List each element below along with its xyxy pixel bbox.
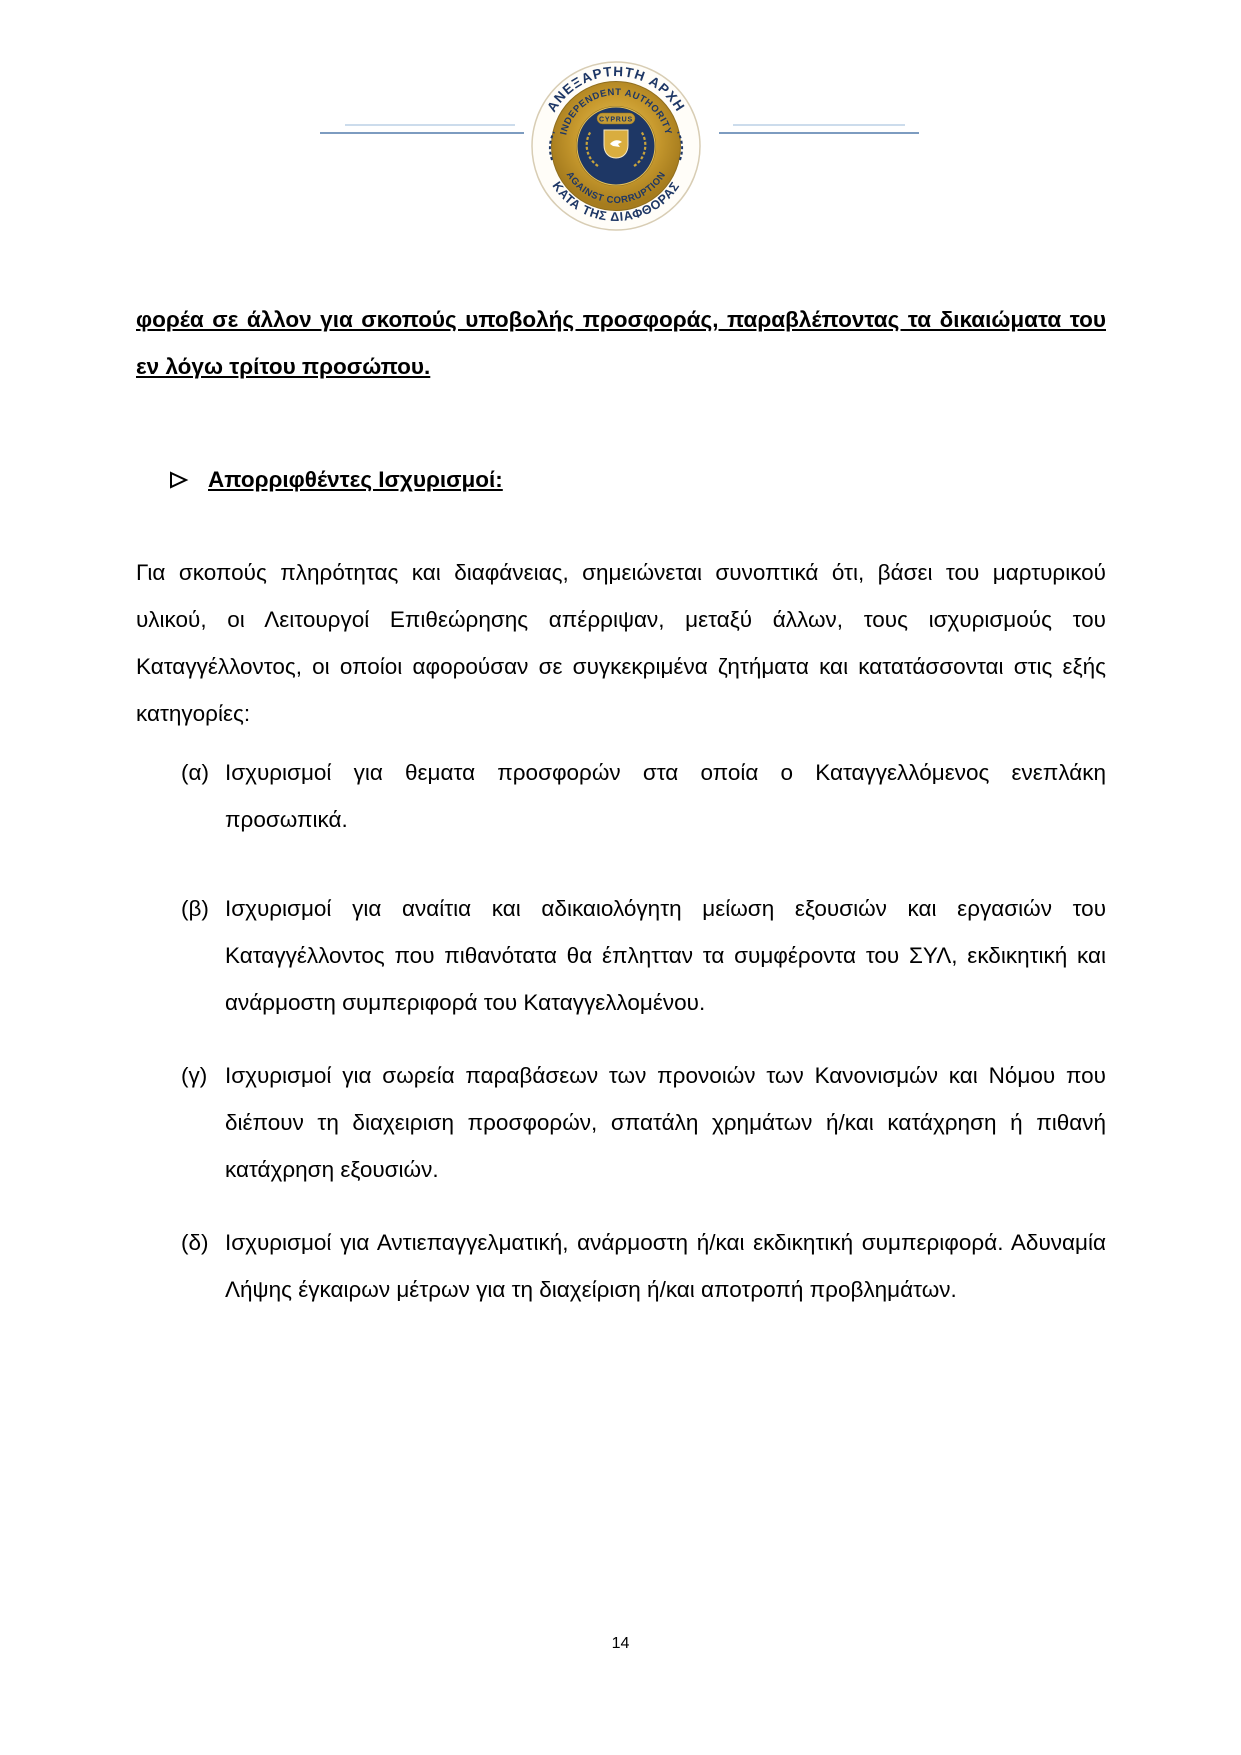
header-rule-left xyxy=(320,132,524,134)
document-content: φορέα σε άλλον για σκοπούς υποβολής προσ… xyxy=(136,296,1106,1313)
list-item-label: (α) xyxy=(181,749,225,843)
section-heading-label: Απορριφθέντες Ισχυρισμοί: xyxy=(208,456,503,503)
list-item-text: Ισχυρισμοί για θεματα προσφορών στα οποί… xyxy=(225,749,1106,843)
list-item: (δ) Ισχυρισμοί για Αντιεπαγγελματική, αν… xyxy=(136,1219,1106,1313)
section-heading: Απορριφθέντες Ισχυρισμοί: xyxy=(168,456,1106,503)
intro-paragraph: Για σκοπούς πληρότητας και διαφάνειας, σ… xyxy=(136,549,1106,737)
cyprus-banner-label: CYPRUS xyxy=(599,117,633,124)
list-item: (α) Ισχυρισμοί για θεματα προσφορών στα … xyxy=(136,749,1106,843)
list-item-text: Ισχυρισμοί για σωρεία παραβάσεων των προ… xyxy=(225,1052,1106,1193)
header-rule-right xyxy=(719,132,919,134)
lead-paragraph: φορέα σε άλλον για σκοπούς υποβολής προσ… xyxy=(136,296,1106,390)
document-page: CYPRUS ΑΝΕΞΑΡΤΗΤΗ ΑΡΧΗ ΚΑΤΑ ΤΗΣ ΔΙΑΦΘΟΡΑ… xyxy=(0,0,1241,1755)
list-item: (γ) Ισχυρισμοί για σωρεία παραβάσεων των… xyxy=(136,1052,1106,1193)
list-item-text: Ισχυρισμοί για Αντιεπαγγελματική, ανάρμο… xyxy=(225,1219,1106,1313)
authority-seal-icon: CYPRUS ΑΝΕΞΑΡΤΗΤΗ ΑΡΧΗ ΚΑΤΑ ΤΗΣ ΔΙΑΦΘΟΡΑ… xyxy=(528,58,704,234)
header-rule-left-light xyxy=(345,124,515,126)
list-item-label: (δ) xyxy=(181,1219,225,1313)
header-rule-right-light xyxy=(733,124,905,126)
authority-seal-logo: CYPRUS ΑΝΕΞΑΡΤΗΤΗ ΑΡΧΗ ΚΑΤΑ ΤΗΣ ΔΙΑΦΘΟΡΑ… xyxy=(528,58,704,234)
list-item-label: (β) xyxy=(181,885,225,1026)
list-item-label: (γ) xyxy=(181,1052,225,1193)
arrow-bullet-icon xyxy=(168,470,190,490)
list-item: (β) Ισχυρισμοί για αναίτια και αδικαιολό… xyxy=(136,885,1106,1026)
list-item-text: Ισχυρισμοί για αναίτια και αδικαιολόγητη… xyxy=(225,885,1106,1026)
page-number: 14 xyxy=(0,1634,1241,1654)
